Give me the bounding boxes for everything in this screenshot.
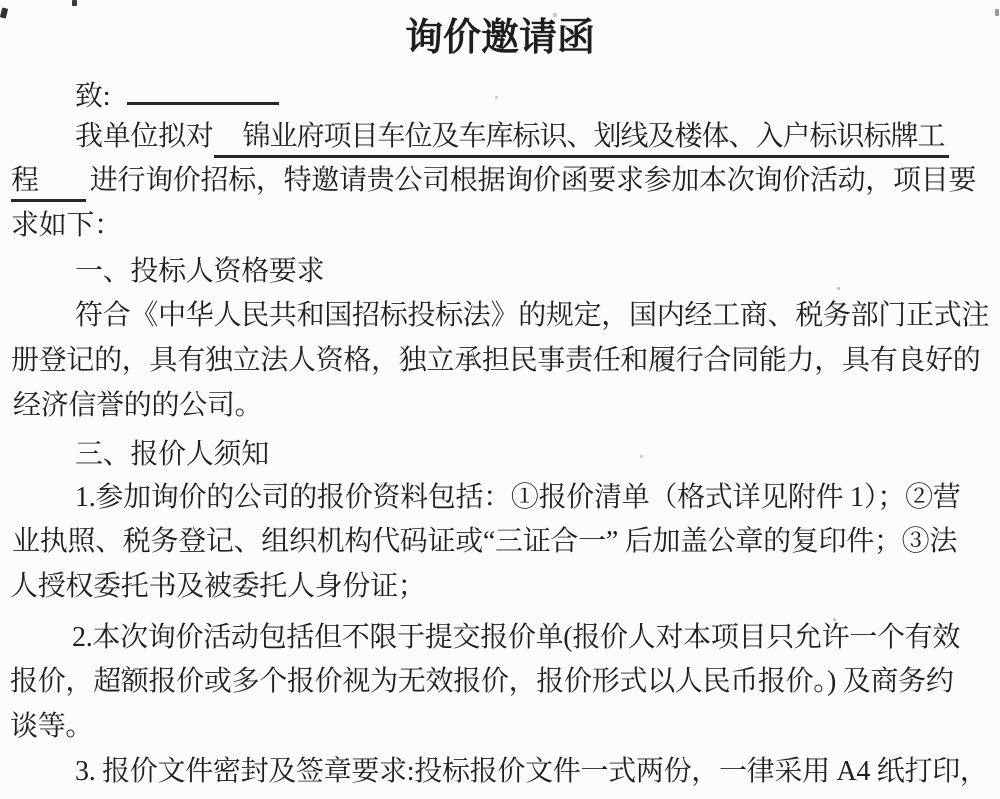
project-name-underlined-part1: 锦业府项目车位及车库标识、划线及楼体、入户标识标牌工 <box>214 121 949 158</box>
scan-speck <box>833 618 836 621</box>
notice-item2-line-2: 报价，超额报价或多个报价视为无效报价，报价形式以人民币报价。) 及商务约 <box>10 666 954 698</box>
notice-item2-line-1: 2.本次询价活动包括但不限于提交报价单(报价人对本项目只允许一个有效 <box>72 622 960 654</box>
salutation-label: 致: <box>75 81 110 112</box>
section-notice-heading: 三、报价人须知 <box>75 439 269 471</box>
scanned-document-page: 询价邀请函 致: 我单位拟对锦业府项目车位及车库标识、划线及楼体、入户标识标牌工… <box>0 0 1000 799</box>
scan-speck <box>553 13 557 17</box>
notice-item1-line-3: 人授权委托书及被委托人身份证； <box>10 571 426 603</box>
notice-item2-line-3: 谈等。 <box>10 711 93 743</box>
notice-item3-line-1: 3. 报价文件密封及签章要求:投标报价文件一式两份，一律采用 A4 纸打印， <box>75 756 988 788</box>
project-name-underlined-part2: 程 <box>11 165 86 202</box>
intro-line2-text: 进行询价招标，特邀请贵公司根据询价函要求参加本次询价活动，项目要 <box>90 165 976 196</box>
salutation-blank-underline <box>127 76 279 105</box>
intro-line-3: 求如下： <box>11 210 122 242</box>
qualification-line-1: 符合《中华人民共和国招标投标法》的规定，国内经工商、税务部门正式注 <box>75 300 989 332</box>
intro-line-1: 我单位拟对锦业府项目车位及车库标识、划线及楼体、入户标识标牌工 <box>75 121 949 158</box>
qualification-line-2: 册登记的，具有独立法人资格，独立承担民事责任和履行合同能力，具有良好的 <box>11 345 981 377</box>
scan-speck <box>837 287 840 290</box>
document-title: 询价邀请函 <box>0 17 1000 59</box>
scan-speck <box>72 0 77 6</box>
intro-lead-text: 我单位拟对 <box>75 121 214 152</box>
scan-speck <box>495 96 498 99</box>
section-qualification-heading: 一、投标人资格要求 <box>75 256 324 288</box>
intro-line-2: 程进行询价招标，特邀请贵公司根据询价函要求参加本次询价活动，项目要 <box>11 165 976 202</box>
notice-item1-line-2: 业执照、税务登记、组织机构代码证或“三证合一” 后加盖公章的复印件；③法 <box>12 526 957 558</box>
scan-speck <box>995 9 999 16</box>
notice-item1-line-1: 1.参加询价的公司的报价资料包括：①报价清单（格式详见附件 1）；②营 <box>75 482 961 514</box>
salutation-line: 致: <box>75 76 279 113</box>
qualification-line-3: 经济信誉的的公司。 <box>13 390 262 422</box>
scan-speck <box>640 455 643 458</box>
